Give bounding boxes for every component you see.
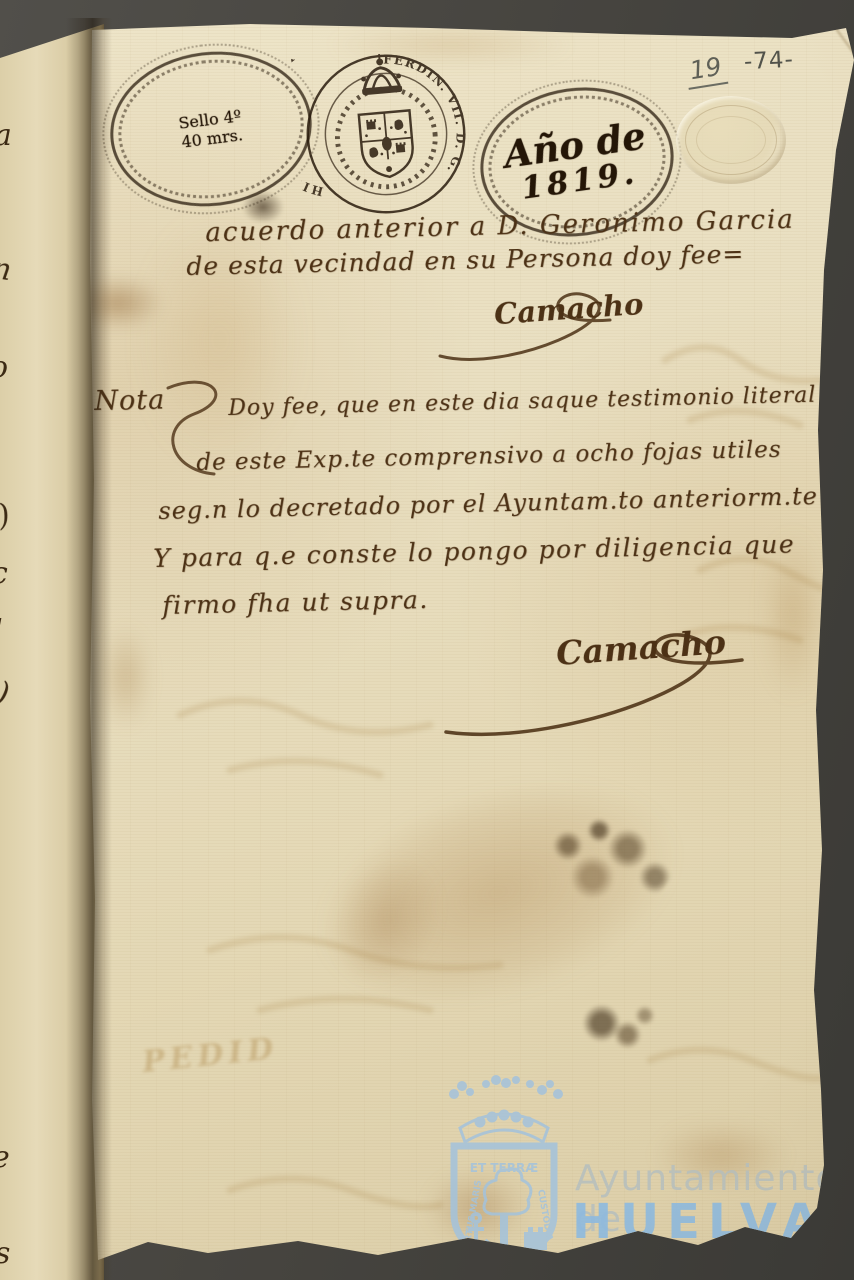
paper-stain	[290, 814, 485, 1025]
crown-icon	[460, 1111, 548, 1142]
tree-icon	[484, 1169, 531, 1248]
ink-fragment: a	[0, 118, 12, 153]
manuscript-page: PEDID Sello 4º 40 mrs. HISP. ET IND. REX	[0, 0, 854, 1280]
tax-stamp-line2: 40 mrs.	[180, 125, 243, 151]
scanned-document: a n o ) c l ) e s	[0, 0, 854, 1280]
mold-speckles	[538, 810, 674, 912]
notary-signature: Camacho	[438, 604, 810, 746]
handwriting-line: Doy fee, que en este dia saque testimoni…	[228, 383, 817, 421]
ink-fragment: e	[0, 1140, 10, 1175]
ink-fragment: l	[0, 614, 3, 649]
shield-icon	[359, 110, 415, 179]
ink-fragment: s	[0, 1236, 10, 1271]
folio-number: 19	[684, 51, 728, 90]
handwriting-line: Y para q.e conste lo pongo por diligenci…	[153, 529, 795, 573]
crown-leaves-icon	[449, 1075, 563, 1099]
mold-speckles	[568, 992, 664, 1070]
embossed-dry-seal	[676, 96, 786, 184]
year-stamp-line1: Año de	[501, 116, 648, 174]
crest-motto-top: ET TERRÆ	[470, 1161, 538, 1175]
handwriting-line: de este Exp.te comprensivo a ocho fojas …	[196, 437, 782, 476]
ink-fragment: o	[0, 350, 8, 385]
bleedthrough-ghost-word: PEDID	[141, 1031, 280, 1080]
page-number: -74-	[743, 47, 794, 76]
ink-fragment: n	[0, 251, 14, 288]
paper-stain	[94, 612, 158, 742]
notary-signature: Camacho	[428, 276, 678, 381]
tax-stamp-oval: Sello 4º 40 mrs.	[101, 40, 320, 217]
royal-arms-stamp: HISP. ET IND. REX FERDIN. VII. D. G.	[290, 37, 481, 232]
handwriting-line: firmo fha ut supra.	[162, 585, 429, 620]
ink-fragment: )	[0, 497, 13, 534]
stamp-legend-right: FERDIN. VII. D. G.	[382, 46, 472, 182]
previous-page-edge: a n o ) c l ) e s	[0, 0, 104, 1280]
year-stamp-line2: 1819.	[519, 156, 640, 206]
ink-fragment: )	[0, 675, 13, 712]
ink-fragment: c	[0, 556, 8, 591]
signature-flourish	[438, 604, 810, 746]
svg-text:FERDIN. VII. D. G.: FERDIN. VII. D. G.	[382, 46, 472, 182]
paper-stain	[252, 711, 744, 1074]
tax-stamp-line1: Sello 4º	[177, 106, 242, 133]
